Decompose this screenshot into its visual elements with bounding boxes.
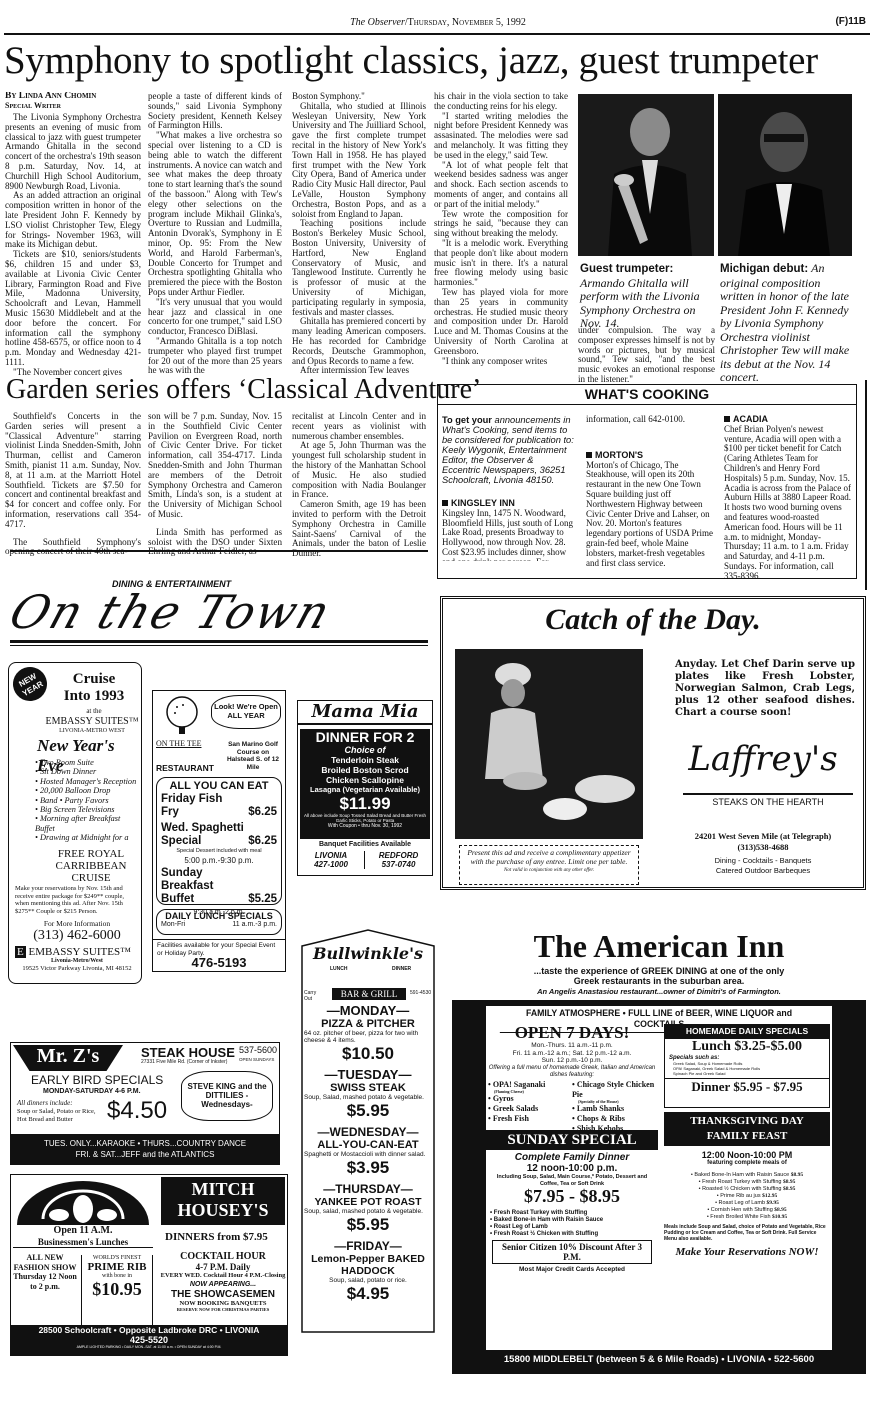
senior-discount: Senior Citizen 10% Discount After 3 P.M. bbox=[492, 1240, 652, 1264]
ad-bullwinkles[interactable]: Bullwinkle's LUNCH DINNER Carry Out BAR … bbox=[300, 928, 436, 1378]
photo-trumpeter bbox=[578, 94, 714, 256]
bullet-square-icon bbox=[724, 416, 730, 422]
page-number: (F)11B bbox=[835, 16, 866, 27]
open-7-days: OPEN 7 DAYS! bbox=[488, 1024, 656, 1042]
story2-col2: son will be 7 p.m. Sunday, Nov. 15 in th… bbox=[148, 412, 282, 582]
whats-cooking-col2: information, call 642-0100. MORTON'S Mor… bbox=[586, 415, 716, 568]
homemade-daily-specials: HOMEMADE DAILY SPECIALS bbox=[664, 1024, 830, 1038]
steve-king-burst: STEVE KING and the DITTILIES -Wednesdays… bbox=[181, 1071, 273, 1121]
section-rule bbox=[10, 640, 428, 643]
american-inn-logo: The American Inn bbox=[452, 928, 866, 964]
bullet-square-icon bbox=[586, 452, 592, 458]
column-rule bbox=[865, 380, 867, 590]
whats-cooking-col3: ACADIA Chef Brian Polyen's newest ventur… bbox=[724, 415, 852, 582]
early-bird-price: $4.50 bbox=[107, 1097, 167, 1125]
ad-mama-mia[interactable]: Mama Mia DINNER FOR 2 Choice of Tenderlo… bbox=[297, 700, 433, 876]
story1-col1: By Linda Ann Chomin Special Writer The L… bbox=[5, 92, 141, 376]
ad-mitch-houseys[interactable]: Open 11 A.M. Businessmen's Lunches MITCH… bbox=[10, 1174, 288, 1356]
american-inn-address-bar: 15800 MIDDLEBELT (between 5 & 6 Mile Roa… bbox=[452, 1352, 866, 1368]
mama-mia-logo: Mama Mia bbox=[298, 701, 432, 725]
golf-ball-icon bbox=[163, 695, 201, 735]
ad-phone[interactable]: (313) 462-6000 bbox=[15, 928, 139, 944]
masthead-rule bbox=[4, 33, 870, 35]
fan-window-icon bbox=[13, 1179, 153, 1227]
trumpeter-photo-icon bbox=[578, 94, 714, 256]
story2-col1: Southfield's Concerts in the Garden seri… bbox=[5, 412, 141, 582]
headline-symphony: Symphony to spotlight classics, jazz, gu… bbox=[4, 38, 844, 84]
coupon-box: Present this ad and receive a compliment… bbox=[459, 845, 639, 885]
story2-rule bbox=[10, 550, 428, 552]
make-reservations: Make Your Reservations NOW! bbox=[664, 1246, 830, 1259]
feast-menu: • Baked Bone-In Ham with Raisin Sauce $8… bbox=[662, 1172, 832, 1221]
dateline: The Observer/Thursday, November 5, 1992 bbox=[0, 17, 876, 28]
sunday-price: $7.95 - $8.95 bbox=[488, 1186, 656, 1207]
whats-cooking-title: WHAT'S COOKING bbox=[438, 385, 856, 405]
ad-american-inn[interactable]: The American Inn ...taste the experience… bbox=[452, 926, 866, 1374]
bullwinkles-logo: Bullwinkle's bbox=[310, 944, 426, 963]
menu-right-list: • Chicago Style Chicken Pie (Specialty o… bbox=[572, 1080, 658, 1134]
ad-bullets: • Two Room Suite • Sit Down Dinner • Hos… bbox=[35, 758, 141, 843]
story1-col3: Boston Symphony." Ghitalla, who studied … bbox=[292, 92, 426, 376]
ad-mr-zs[interactable]: Mr. Z's STEAK HOUSE 27331 Five Mile Rd. … bbox=[10, 1042, 280, 1165]
mitch-houseys-logo: MITCHHOUSEY'S bbox=[161, 1177, 285, 1225]
ad-prize: FREE ROYAL CARRIBBEAN CRUISE bbox=[49, 848, 133, 884]
laffreys-phone[interactable]: (313)538-4688 bbox=[663, 842, 863, 852]
bullet-square-icon bbox=[442, 500, 448, 506]
byline-role: Special Writer bbox=[5, 101, 141, 110]
new-year-balloon-icon: NEW YEAR bbox=[8, 662, 53, 707]
ad-catch-of-the-day[interactable]: Catch of the Day. Present this ad and re… bbox=[440, 596, 866, 890]
chef-photo-icon bbox=[455, 649, 643, 839]
sunday-special-banner: SUNDAY SPECIAL bbox=[486, 1130, 658, 1150]
mr-zs-logo: Mr. Z's bbox=[13, 1045, 123, 1071]
byline: By Linda Ann Chomin bbox=[5, 92, 141, 101]
whats-cooking-box: WHAT'S COOKING To get your announcements… bbox=[437, 384, 857, 579]
embassy-e-logo-icon: E bbox=[15, 946, 26, 958]
photo-caption-trumpeter: Guest trumpeter: Armando Ghitalla will p… bbox=[580, 262, 715, 331]
story1-col5: under compulsion. The way a composer exp… bbox=[578, 326, 715, 386]
mitch-address-bar: 28500 Schoolcraft • Opposite Ladbroke DR… bbox=[11, 1325, 287, 1355]
story1-col2: people a taste of different kinds of sou… bbox=[148, 92, 282, 376]
whats-cooking-col1: To get your announcements in What's Cook… bbox=[442, 415, 574, 561]
bullwinkles-menu: —MONDAY— PIZZA & PITCHER 64 oz. pitcher … bbox=[304, 1004, 432, 1304]
headline-garden: Garden series offers ‘Classical Adventur… bbox=[6, 374, 481, 406]
ad-on-the-tee[interactable]: Look! We're Open ALL YEAR ON THE TEE RES… bbox=[152, 690, 286, 972]
all-you-can-eat-box: ALL YOU CAN EAT Friday Fish Fry$6.25 Wed… bbox=[156, 777, 282, 905]
photo-caption-composer: Michigan debut: An original composition … bbox=[720, 262, 854, 385]
menu-left-list: • OPA! Saganaki (Flaming Cheese) • Gyros… bbox=[488, 1080, 568, 1124]
look-burst: Look! We're Open ALL YEAR bbox=[211, 695, 281, 729]
story1-col4: his chair in the viola section to take t… bbox=[434, 92, 568, 376]
laffreys-logo: Laffrey's bbox=[673, 739, 853, 779]
masthead: The Observer/Thursday, November 5, 1992 … bbox=[0, 0, 876, 34]
section-logo: On the Town bbox=[4, 586, 339, 638]
story2-col3: recitalist at Lincoln Center and in rece… bbox=[292, 412, 426, 582]
photo-composer bbox=[718, 94, 852, 256]
mr-zs-events-bar: TUES. ONLY...KARAOKE • THURS...COUNTRY D… bbox=[11, 1134, 279, 1164]
composer-photo-icon bbox=[718, 94, 852, 256]
catch-body: Anyday. Let Chef Darin serve up plates l… bbox=[675, 659, 855, 719]
on-the-tee-phone[interactable]: 476-5193 bbox=[153, 955, 285, 970]
catch-title: Catch of the Day. bbox=[443, 603, 863, 637]
chef-photo bbox=[455, 649, 643, 839]
ad-embassy-suites[interactable]: NEW YEAR CruiseInto 1993 at the EMBASSY … bbox=[8, 662, 142, 984]
thanksgiving-banner: THANKSGIVING DAYFAMILY FEAST bbox=[664, 1112, 830, 1146]
dinner-for-2-box: DINNER FOR 2 Choice of Tenderloin Steak … bbox=[300, 729, 430, 839]
lunch-specials-box: DAILY LUNCH SPECIALS Mon-Fri11 a.m.-3 p.… bbox=[156, 909, 282, 935]
section-rule-thin bbox=[10, 645, 428, 646]
mr-zs-phone[interactable]: 537-5600 bbox=[239, 1045, 277, 1055]
